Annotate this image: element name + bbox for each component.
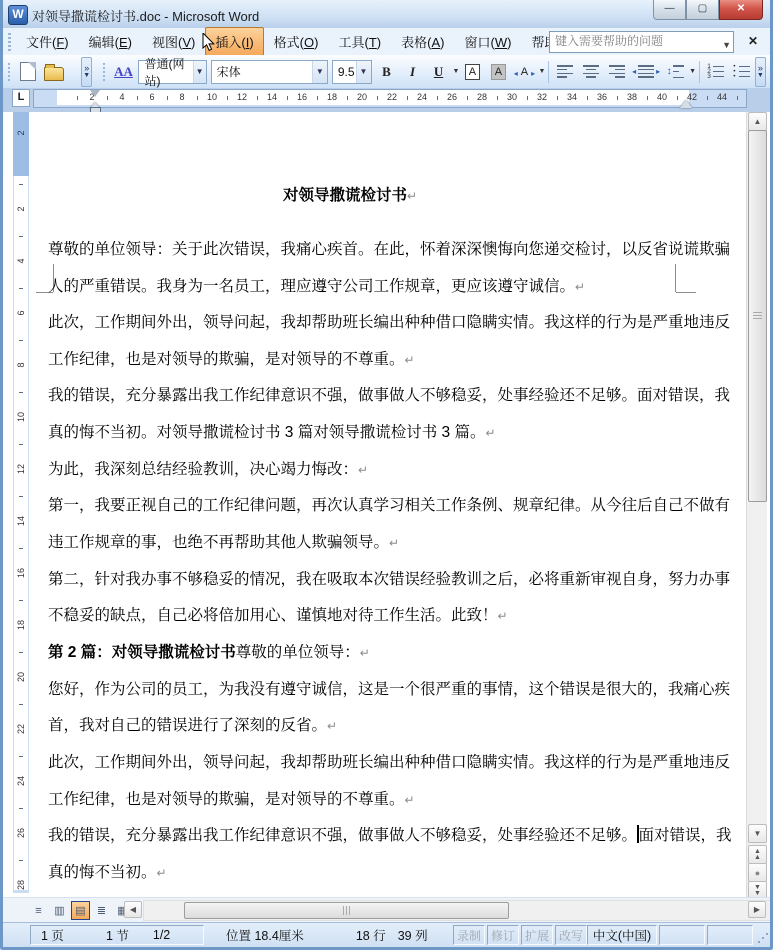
align-right-icon <box>609 65 625 78</box>
print-layout-view-button[interactable]: ▤ <box>71 901 90 920</box>
menu-item-file[interactable]: 文件(F) <box>16 27 79 56</box>
doc-text-run: 尊敬的单位领导： <box>236 644 360 661</box>
vruler-tick <box>19 496 23 497</box>
doc-text-run: 面对错误，我 <box>639 827 732 844</box>
hruler-number: 40 <box>657 92 667 102</box>
font-combobox[interactable]: 宋体 ▼ <box>211 60 328 84</box>
doc-text-run: 第一，我要正视自己的工作纪律问题，再次认真学习相关工作条例、规章纪律。从今往后自… <box>48 497 730 514</box>
doc-text-run: 真的悔不当初。 <box>48 864 157 881</box>
paragraph-mark: ↵ <box>407 189 417 203</box>
hruler-number: 10 <box>207 92 217 102</box>
toolbar-drag-handle[interactable] <box>8 63 10 81</box>
hruler-number: 12 <box>237 92 247 102</box>
font-dropdown-icon[interactable]: ▼ <box>312 61 327 83</box>
paragraph-mark: ↵ <box>360 646 370 660</box>
menu-bar: 文件(F)编辑(E)视图(V)插入(I)格式(O)工具(T)表格(A)窗口(W)… <box>3 28 770 56</box>
doc-line: 我的错误，充分暴露出我工作纪律意识不强，做事做人不够稳妥，处事经验还不足够。面对… <box>48 825 732 846</box>
bulleted-list-button[interactable]: • • • <box>730 59 754 85</box>
status-line: 18 行 <box>356 926 386 944</box>
close-button[interactable]: ✕ <box>719 0 763 20</box>
horizontal-scrollbar[interactable] <box>143 900 773 921</box>
hruler-number: 16 <box>297 92 307 102</box>
vruler-number: 26 <box>16 825 26 841</box>
mouse-cursor <box>202 33 216 53</box>
status-column: 39 列 <box>398 926 428 944</box>
vruler-tick <box>19 288 23 289</box>
bulleted-list-icon: • • • <box>733 65 750 79</box>
hruler-tick <box>497 96 498 100</box>
hruler-number: 6 <box>149 92 154 102</box>
normal-view-button[interactable]: ≡ <box>29 901 48 920</box>
hruler-number: 8 <box>179 92 184 102</box>
hruler-tick <box>557 96 558 100</box>
new-document-button[interactable] <box>16 59 40 85</box>
doc-line: 对领导撒谎检讨书↵ <box>283 185 417 207</box>
vertical-scrollbar-thumb[interactable] <box>748 130 767 502</box>
doc-text-run: 工作纪律，也是对领导的欺骗，是对领导的不尊重。 <box>48 351 405 368</box>
hruler-tick <box>257 96 258 100</box>
doc-text-run: 此次，工作期间外出，领导问起，我却帮助班长编出种种借口隐瞒实情。我这样的行为是严… <box>48 754 730 771</box>
hruler-tick <box>377 96 378 100</box>
doc-text-run: 首，我对自己的错误进行了深刻的反省。 <box>48 717 327 734</box>
resize-grip[interactable] <box>756 933 768 945</box>
doc-text-run: 人的严重错误。我身为一名员工，理应遵守公司工作规章，更应该遵守诚信。 <box>48 278 575 295</box>
doc-line: 您好，作为公司的员工，为我没有遵守诚信，这是一个很严重的事情，这个错误是很大的，… <box>48 679 730 700</box>
chevron-icon: » <box>84 64 89 72</box>
character-scale-dropdown-icon[interactable]: ▼ <box>538 68 545 75</box>
menu-item-format[interactable]: 格式(O) <box>264 27 329 56</box>
vruler-number: 14 <box>16 513 26 529</box>
doc-line: 不稳妥的缺点，自己必将倍加用心、谨慎地对待工作生活。此致！↵ <box>48 605 508 627</box>
font-value: 宋体 <box>217 63 241 80</box>
vruler-tick <box>19 340 23 341</box>
vruler-tick <box>19 600 23 601</box>
web-layout-icon: ▥ <box>54 904 64 917</box>
menu-item-window[interactable]: 窗口(W) <box>454 27 521 56</box>
menu-item-view[interactable]: 视图(V) <box>142 27 205 56</box>
scroll-right-button[interactable]: ▶ <box>748 901 766 918</box>
character-border-button[interactable]: A <box>460 59 484 85</box>
formatting-overflow-button[interactable]: » ▼ <box>755 57 766 87</box>
hruler-tick <box>197 96 198 100</box>
doc-line: 工作纪律，也是对领导的欺骗，是对领导的不尊重。↵ <box>48 349 415 371</box>
hruler-number: 38 <box>627 92 637 102</box>
web-layout-view-button[interactable]: ▥ <box>50 901 69 920</box>
doc-line: 第一，我要正视自己的工作纪律问题，再次认真学习相关工作条例、规章纪律。从今往后自… <box>48 495 730 516</box>
vruler-number: 24 <box>16 773 26 789</box>
doc-text-run: 违工作规章的事，也绝不再帮助其他人欺骗领导。 <box>48 534 389 551</box>
horizontal-scroll-row: ≡▥▤≣▦ ◀ ▶ <box>3 897 770 923</box>
hruler-tick <box>527 96 528 100</box>
hruler-number: 20 <box>357 92 367 102</box>
hruler-number: 44 <box>717 92 727 102</box>
help-search-input[interactable]: 键入需要帮助的问题 ▼ <box>549 31 734 53</box>
hruler-tick <box>287 96 288 100</box>
character-shading-icon: A <box>491 64 506 80</box>
distribute-button[interactable] <box>634 59 658 85</box>
menu-item-tools[interactable]: 工具(T) <box>328 27 391 56</box>
hruler-tick <box>137 96 138 100</box>
chevron-down-icon: ▼ <box>83 72 90 79</box>
style-combobox[interactable]: 普通(网站) ▼ <box>138 60 206 84</box>
vruler-number: 10 <box>16 409 26 425</box>
doc-text-run: 不稳妥的缺点，自己必将倍加用心、谨慎地对待工作生活。此致！ <box>48 607 498 624</box>
styles-formatting-icon: AA <box>114 64 133 80</box>
hruler-number: 26 <box>447 92 457 102</box>
paragraph-mark: ↵ <box>405 793 415 807</box>
vruler-number: 12 <box>16 461 26 477</box>
outline-view-button[interactable]: ≣ <box>92 901 111 920</box>
hruler-tick <box>737 96 738 100</box>
new-document-icon <box>20 62 36 81</box>
doc-line: 违工作规章的事，也绝不再帮助其他人欺骗领导。↵ <box>48 532 399 554</box>
select-browse-object-button[interactable]: ● <box>748 863 767 882</box>
status-mode-0[interactable]: 录制 <box>453 925 485 945</box>
vruler-tick <box>19 652 23 653</box>
hruler-tick <box>467 96 468 100</box>
paragraph-mark: ↵ <box>575 280 585 294</box>
font-size-dropdown-icon[interactable]: ▼ <box>356 61 371 83</box>
menu-items: 文件(F)编辑(E)视图(V)插入(I)格式(O)工具(T)表格(A)窗口(W)… <box>16 27 586 56</box>
maximize-button[interactable]: ▢ <box>686 0 719 20</box>
hruler-number: 28 <box>477 92 487 102</box>
status-position: 位置 18.4厘米 <box>226 926 304 944</box>
hruler-tick <box>407 96 408 100</box>
minimize-button[interactable]: — <box>653 0 686 20</box>
margin-mark-topright-h <box>676 292 696 293</box>
vruler-tick <box>19 392 23 393</box>
character-scale-button[interactable]: A <box>512 59 536 85</box>
formatting-toolbar-drag-handle[interactable] <box>103 63 105 81</box>
window-title: 对领导撒谎检讨书.doc - Microsoft Word <box>32 6 259 25</box>
document-workspace: 2468101214161820222426282 对领导撒谎检讨书↵尊敬的单位… <box>3 112 770 897</box>
vruler-tick <box>19 548 23 549</box>
doc-line: 工作纪律，也是对领导的欺骗，是对领导的不尊重。↵ <box>48 789 415 811</box>
doc-line: 为此，我深刻总结经验教训，决心竭力悔改：↵ <box>48 459 368 481</box>
scroll-up-button[interactable]: ▲ <box>748 112 767 131</box>
chevron-icon: » <box>758 64 763 72</box>
open-button[interactable] <box>42 59 66 85</box>
hruler-tick <box>647 96 648 100</box>
vruler-tick <box>19 236 23 237</box>
doc-text-run: 为此，我深刻总结经验教训，决心竭力悔改： <box>48 461 358 478</box>
doc-text-run: 此次，工作期间外出，领导问起，我却帮助班长编出种种借口隐瞒实情。我这样的行为是严… <box>48 314 730 331</box>
character-border-icon: A <box>465 64 480 80</box>
hruler-number: 22 <box>387 92 397 102</box>
vruler-tick <box>19 808 23 809</box>
normal-view-icon: ≡ <box>35 905 41 917</box>
hruler-tick <box>227 96 228 100</box>
line-spacing-dropdown-icon[interactable]: ▼ <box>689 68 696 75</box>
vruler-margin-number: 2 <box>16 125 26 141</box>
vertical-scrollbar[interactable]: ▲ ▼ ▲▲ ● ▼▼ <box>746 112 767 897</box>
line-spacing-icon: ↕ <box>667 65 684 78</box>
paragraph-mark: ↵ <box>157 866 167 880</box>
page-info-panel: 1 页 1 节 1/2 <box>30 925 204 945</box>
doc-line: 尊敬的单位领导：关于此次错误，我痛心疾首。在此，怀着深深懊悔向您递交检讨，以反省… <box>48 239 730 260</box>
doc-text-run: 真的悔不当初。对领导撒谎检讨书 3 篇对领导撒谎检讨书 3 篇。 <box>48 424 485 441</box>
right-indent-marker[interactable] <box>680 94 692 108</box>
document-page[interactable]: 对领导撒谎检讨书↵尊敬的单位领导：关于此次错误，我痛心疾首。在此，怀着深深懊悔向… <box>29 112 746 897</box>
hruler-tick <box>707 96 708 100</box>
menubar-close-icon[interactable]: ✕ <box>748 34 758 48</box>
toolbar: » ▼ AA 普通(网站) ▼ 宋体 ▼ 9.5 ▼ B I U ▼ A A A… <box>3 55 770 89</box>
paragraph-mark: ↵ <box>498 609 508 623</box>
status-mode-1[interactable]: 修订 <box>487 925 519 945</box>
tab-selector[interactable]: L <box>12 89 30 107</box>
hruler-tick <box>347 96 348 100</box>
vruler-number: 22 <box>16 721 26 737</box>
doc-line: 真的悔不当初。↵ <box>48 862 167 884</box>
vruler-tick <box>19 860 23 861</box>
align-center-button[interactable] <box>579 59 603 85</box>
vruler-number: 20 <box>16 669 26 685</box>
hruler-number: 4 <box>119 92 124 102</box>
paragraph-mark: ↵ <box>327 719 337 733</box>
ruler-row: L 24681012141618202224262830323436384042… <box>3 88 770 112</box>
view-buttons: ≡▥▤≣▦ <box>29 901 132 920</box>
vruler-tick <box>19 756 23 757</box>
margin-mark-topright-v <box>675 264 676 292</box>
hruler-number: 34 <box>567 92 577 102</box>
outline-view-icon: ≣ <box>97 904 106 917</box>
status-bar: 1 页 1 节 1/2 位置 18.4厘米 18 行 39 列 录制修订扩展改写… <box>3 922 770 947</box>
hruler-tick <box>587 96 588 100</box>
doc-line: 第 2 篇：对领导撒谎检讨书尊敬的单位领导：↵ <box>48 642 370 664</box>
scroll-down-button[interactable]: ▼ <box>748 824 767 843</box>
status-section: 1 节 <box>106 926 129 944</box>
doc-text-run: 对领导撒谎检讨书 <box>283 187 407 204</box>
doc-line: 此次，工作期间外出，领导问起，我却帮助班长编出种种借口隐瞒实情。我这样的行为是严… <box>48 312 730 333</box>
hruler-tick <box>437 96 438 100</box>
vruler-tick <box>19 444 23 445</box>
hruler-tick <box>677 96 678 100</box>
status-page-of: 1/2 <box>153 928 170 942</box>
line-spacing-button[interactable]: ↕ <box>663 59 687 85</box>
hruler-number: 30 <box>507 92 517 102</box>
vruler-number: 2 <box>16 201 26 217</box>
style-value: 普通(网站) <box>144 55 192 89</box>
doc-line: 首，我对自己的错误进行了深刻的反省。↵ <box>48 715 337 737</box>
character-scale-icon: A <box>516 66 533 78</box>
underline-button[interactable]: U <box>427 59 451 85</box>
paragraph-mark: ↵ <box>405 353 415 367</box>
horizontal-ruler: 2468101214161820222426283032343638404244 <box>33 89 747 108</box>
paragraph-mark: ↵ <box>485 426 495 440</box>
vertical-ruler-margin <box>13 112 29 176</box>
previous-page-button[interactable]: ▲▲ <box>748 845 767 864</box>
doc-text-run: 我的错误，充分暴露出我工作纪律意识不强，做事做人不够稳妥，处事经验还不足够。面对… <box>48 387 730 404</box>
status-mode-3[interactable]: 改写 <box>555 925 587 945</box>
styles-and-formatting-button[interactable]: AA <box>111 59 135 85</box>
doc-text-run: 尊敬的单位领导：关于此次错误，我痛心疾首。在此，怀着深深懊悔向您递交检讨，以反省… <box>48 241 730 258</box>
paragraph-mark: ↵ <box>358 463 368 477</box>
font-size-value: 9.5 <box>338 65 355 79</box>
italic-button[interactable]: I <box>401 59 425 85</box>
hruler-tick <box>107 96 108 100</box>
underline-dropdown-icon[interactable]: ▼ <box>453 68 460 75</box>
hruler-tick <box>317 96 318 100</box>
bold-button[interactable]: B <box>375 59 399 85</box>
hruler-number: 24 <box>417 92 427 102</box>
doc-line: 真的悔不当初。对领导撒谎检讨书 3 篇对领导撒谎检讨书 3 篇。↵ <box>48 422 496 444</box>
hruler-tick <box>617 96 618 100</box>
status-language[interactable]: 中文(中国) <box>587 925 657 945</box>
doc-line: 我的错误，充分暴露出我工作纪律意识不强，做事做人不够稳妥，处事经验还不足够。面对… <box>48 385 730 406</box>
doc-line: 此次，工作期间外出，领导问起，我却帮助班长编出种种借口隐瞒实情。我这样的行为是严… <box>48 752 730 773</box>
word-app-icon: W <box>8 5 28 25</box>
status-mode-2[interactable]: 扩展 <box>521 925 553 945</box>
doc-text-run: 工作纪律，也是对领导的欺骗，是对领导的不尊重。 <box>48 791 405 808</box>
horizontal-scrollbar-thumb[interactable] <box>184 902 509 919</box>
align-right-button[interactable] <box>605 59 629 85</box>
menubar-drag-handle[interactable] <box>8 33 11 51</box>
align-center-icon <box>583 65 599 78</box>
vruler-number: 28 <box>16 877 26 893</box>
vruler-number: 6 <box>16 305 26 321</box>
toolbar-overflow-button[interactable]: » ▼ <box>81 57 92 87</box>
help-placeholder: 键入需要帮助的问题 <box>555 34 663 48</box>
doc-text-run: 第二，针对我办事不够稳妥的情况，我在吸取本次错误经验教训之后，必将重新审视自身，… <box>48 571 730 588</box>
hruler-number: 32 <box>537 92 547 102</box>
align-left-icon <box>557 65 573 78</box>
hruler-number: 14 <box>267 92 277 102</box>
vruler-tick <box>19 704 23 705</box>
paragraph-mark: ↵ <box>389 536 399 550</box>
doc-line: 人的严重错误。我身为一名员工，理应遵守公司工作规章，更应该遵守诚信。↵ <box>48 276 585 298</box>
style-dropdown-icon[interactable]: ▼ <box>193 61 206 83</box>
numbered-list-icon: 1 2 3 <box>707 65 724 79</box>
vruler-number: 18 <box>16 617 26 633</box>
open-folder-icon <box>44 67 64 81</box>
hruler-tick <box>167 96 168 100</box>
status-empty-2 <box>707 925 753 945</box>
chevron-down-icon: ▼ <box>757 72 764 79</box>
hruler-number: 18 <box>327 92 337 102</box>
menu-item-table[interactable]: 表格(A) <box>391 27 454 56</box>
doc-text-run: 第 2 篇：对领导撒谎检讨书 <box>48 644 236 661</box>
print-layout-icon: ▤ <box>75 904 85 917</box>
align-left-button[interactable] <box>553 59 577 85</box>
character-shading-button[interactable]: A <box>486 59 510 85</box>
numbered-list-button[interactable]: 1 2 3 <box>704 59 728 85</box>
distribute-icon <box>638 65 654 78</box>
hruler-number: 36 <box>597 92 607 102</box>
menu-item-edit[interactable]: 编辑(E) <box>79 27 142 56</box>
vruler-number: 16 <box>16 565 26 581</box>
font-size-combobox[interactable]: 9.5 ▼ <box>332 60 372 84</box>
vertical-ruler: 2468101214161820222426282 <box>13 112 29 893</box>
status-page: 1 页 <box>41 926 64 944</box>
title-bar[interactable]: W 对领导撒谎检讨书.doc - Microsoft Word — ▢ ✕ <box>0 0 773 29</box>
position-info-panel: 位置 18.4厘米 18 行 39 列 <box>208 925 450 945</box>
language-label: 中文(中国) <box>593 926 651 944</box>
status-empty-1 <box>659 925 705 945</box>
hruler-tick <box>77 96 78 100</box>
doc-text-run: 您好，作为公司的员工，为我没有遵守诚信，这是一个很严重的事情，这个错误是很大的，… <box>48 681 730 698</box>
vruler-number: 4 <box>16 253 26 269</box>
help-dropdown-icon[interactable]: ▼ <box>722 36 731 55</box>
vruler-tick <box>19 184 23 185</box>
doc-text-run: 我的错误，充分暴露出我工作纪律意识不强，做事做人不够稳妥，处事经验还不足够。 <box>48 827 637 844</box>
scroll-left-button[interactable]: ◀ <box>124 901 142 918</box>
vruler-number: 8 <box>16 357 26 373</box>
doc-line: 第二，针对我办事不够稳妥的情况，我在吸取本次错误经验教训之后，必将重新审视自身，… <box>48 569 730 590</box>
